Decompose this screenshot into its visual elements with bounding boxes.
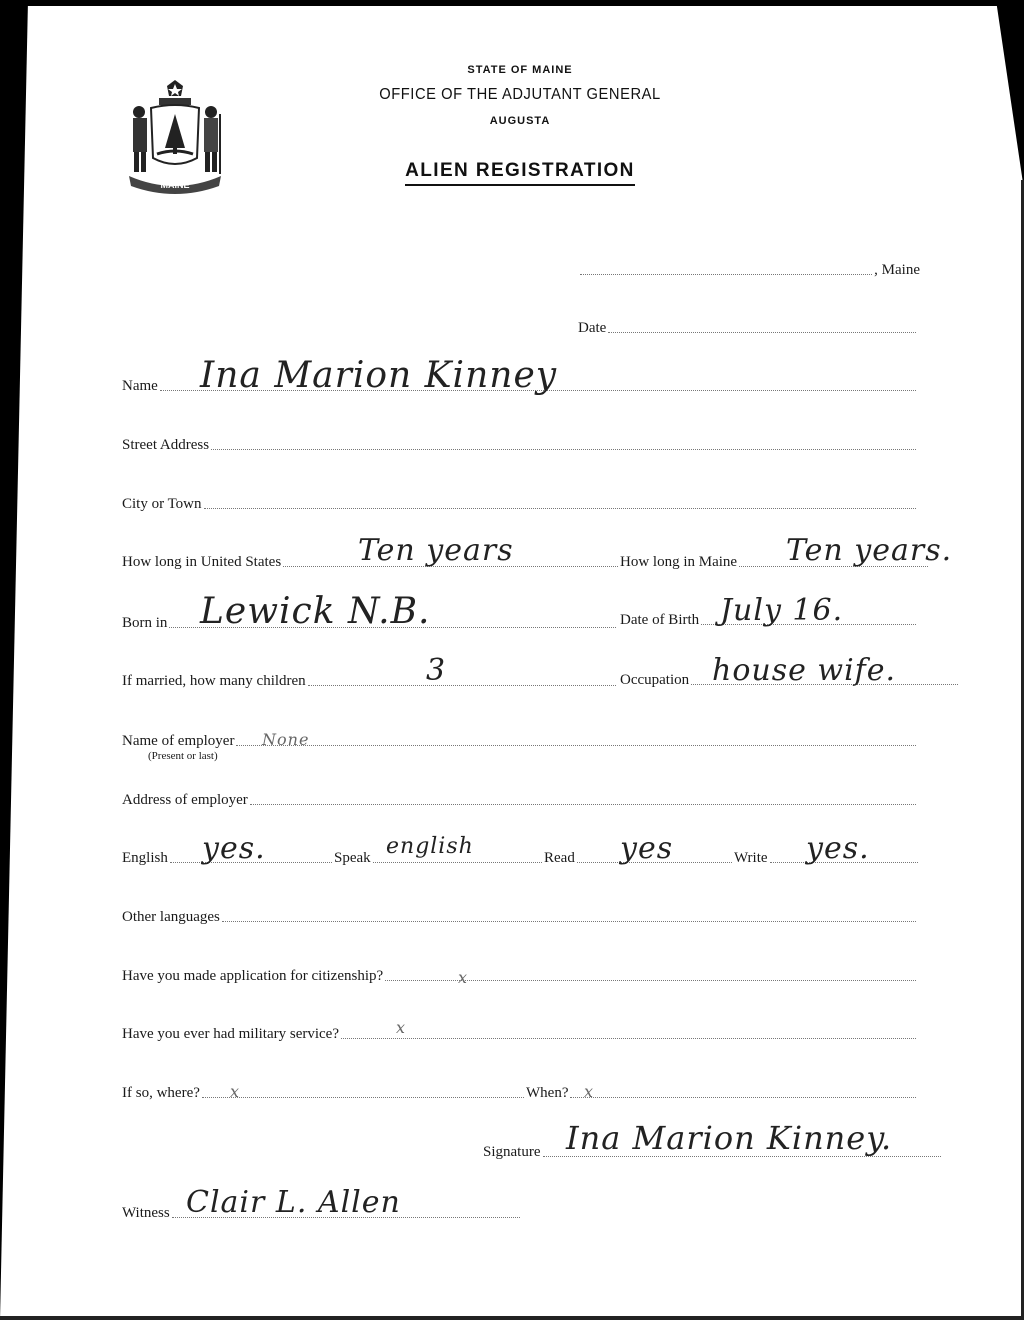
employer-address-field[interactable]: Address of employer (122, 792, 918, 809)
scan-border-top (0, 0, 1024, 6)
how-long-us-value: Ten years (358, 536, 514, 566)
other-languages-field[interactable]: Other languages (122, 909, 918, 926)
date-field[interactable]: Date (578, 320, 918, 337)
employer-field[interactable]: Name of employer (122, 733, 918, 750)
employer-sublabel: (Present or last) (148, 750, 218, 762)
write-value: yes. (806, 834, 870, 864)
read-value: yes (620, 834, 673, 864)
name-label: Name (122, 378, 158, 395)
citizenship-field[interactable]: Have you made application for citizenshi… (122, 968, 918, 985)
employer-value: None (262, 732, 309, 748)
header-office: OFFICE OF THE ADJUTANT GENERAL (354, 86, 685, 104)
military-service-field[interactable]: Have you ever had military service? (122, 1026, 918, 1043)
employer-label: Name of employer (122, 733, 234, 750)
how-long-maine-value: Ten years. (786, 536, 952, 566)
other-languages-label: Other languages (122, 909, 220, 926)
occupation-label: Occupation (620, 672, 689, 689)
place-suffix: , Maine (874, 262, 920, 279)
born-in-label: Born in (122, 615, 167, 632)
street-address-field[interactable]: Street Address (122, 437, 918, 454)
date-of-birth-label: Date of Birth (620, 612, 699, 629)
speak-label: Speak (334, 850, 371, 867)
write-label: Write (734, 850, 768, 867)
date-label: Date (578, 320, 606, 337)
header-city: AUGUSTA (340, 115, 700, 127)
military-service-value: x (396, 1020, 406, 1036)
occupation-value: house wife. (712, 656, 896, 686)
where-field[interactable]: If so, where? (122, 1085, 526, 1102)
born-in-value: Lewick N.B. (200, 594, 431, 630)
signature-value: Ina Marion Kinney. (566, 1122, 892, 1154)
name-value: Ina Marion Kinney (200, 358, 557, 394)
witness-value: Clair L. Allen (186, 1188, 401, 1218)
header-state: STATE OF MAINE (340, 64, 700, 76)
svg-text:MAINE: MAINE (161, 180, 190, 190)
children-field[interactable]: If married, how many children (122, 673, 618, 690)
form-title: ALIEN REGISTRATION (340, 160, 700, 182)
where-label: If so, where? (122, 1085, 200, 1102)
citizenship-value: x (458, 970, 468, 986)
witness-label: Witness (122, 1205, 170, 1222)
street-address-label: Street Address (122, 437, 209, 454)
when-label: When? (526, 1085, 568, 1102)
place-field[interactable]: , Maine (578, 262, 920, 279)
english-value: yes. (202, 834, 266, 864)
speak-value: english (386, 836, 474, 858)
date-of-birth-value: July 16. (720, 596, 843, 626)
city-field[interactable]: City or Town (122, 496, 918, 513)
signature-label: Signature (483, 1144, 541, 1161)
when-value: x (584, 1084, 594, 1100)
scan-border-bottom (0, 1316, 1024, 1320)
employer-address-label: Address of employer (122, 792, 248, 809)
city-label: City or Town (122, 496, 202, 513)
citizenship-label: Have you made application for citizenshi… (122, 968, 383, 985)
scan-border-right (996, 0, 1024, 190)
children-label: If married, how many children (122, 673, 306, 690)
where-value: x (230, 1084, 240, 1100)
military-service-label: Have you ever had military service? (122, 1026, 339, 1043)
children-value: 3 (426, 656, 446, 686)
scan-border-left (0, 0, 28, 1320)
english-label: English (122, 850, 168, 867)
read-label: Read (544, 850, 575, 867)
how-long-maine-label: How long in Maine (620, 554, 737, 571)
how-long-us-label: How long in United States (122, 554, 281, 571)
state-of-maine-seal-icon: MAINE (123, 78, 227, 196)
